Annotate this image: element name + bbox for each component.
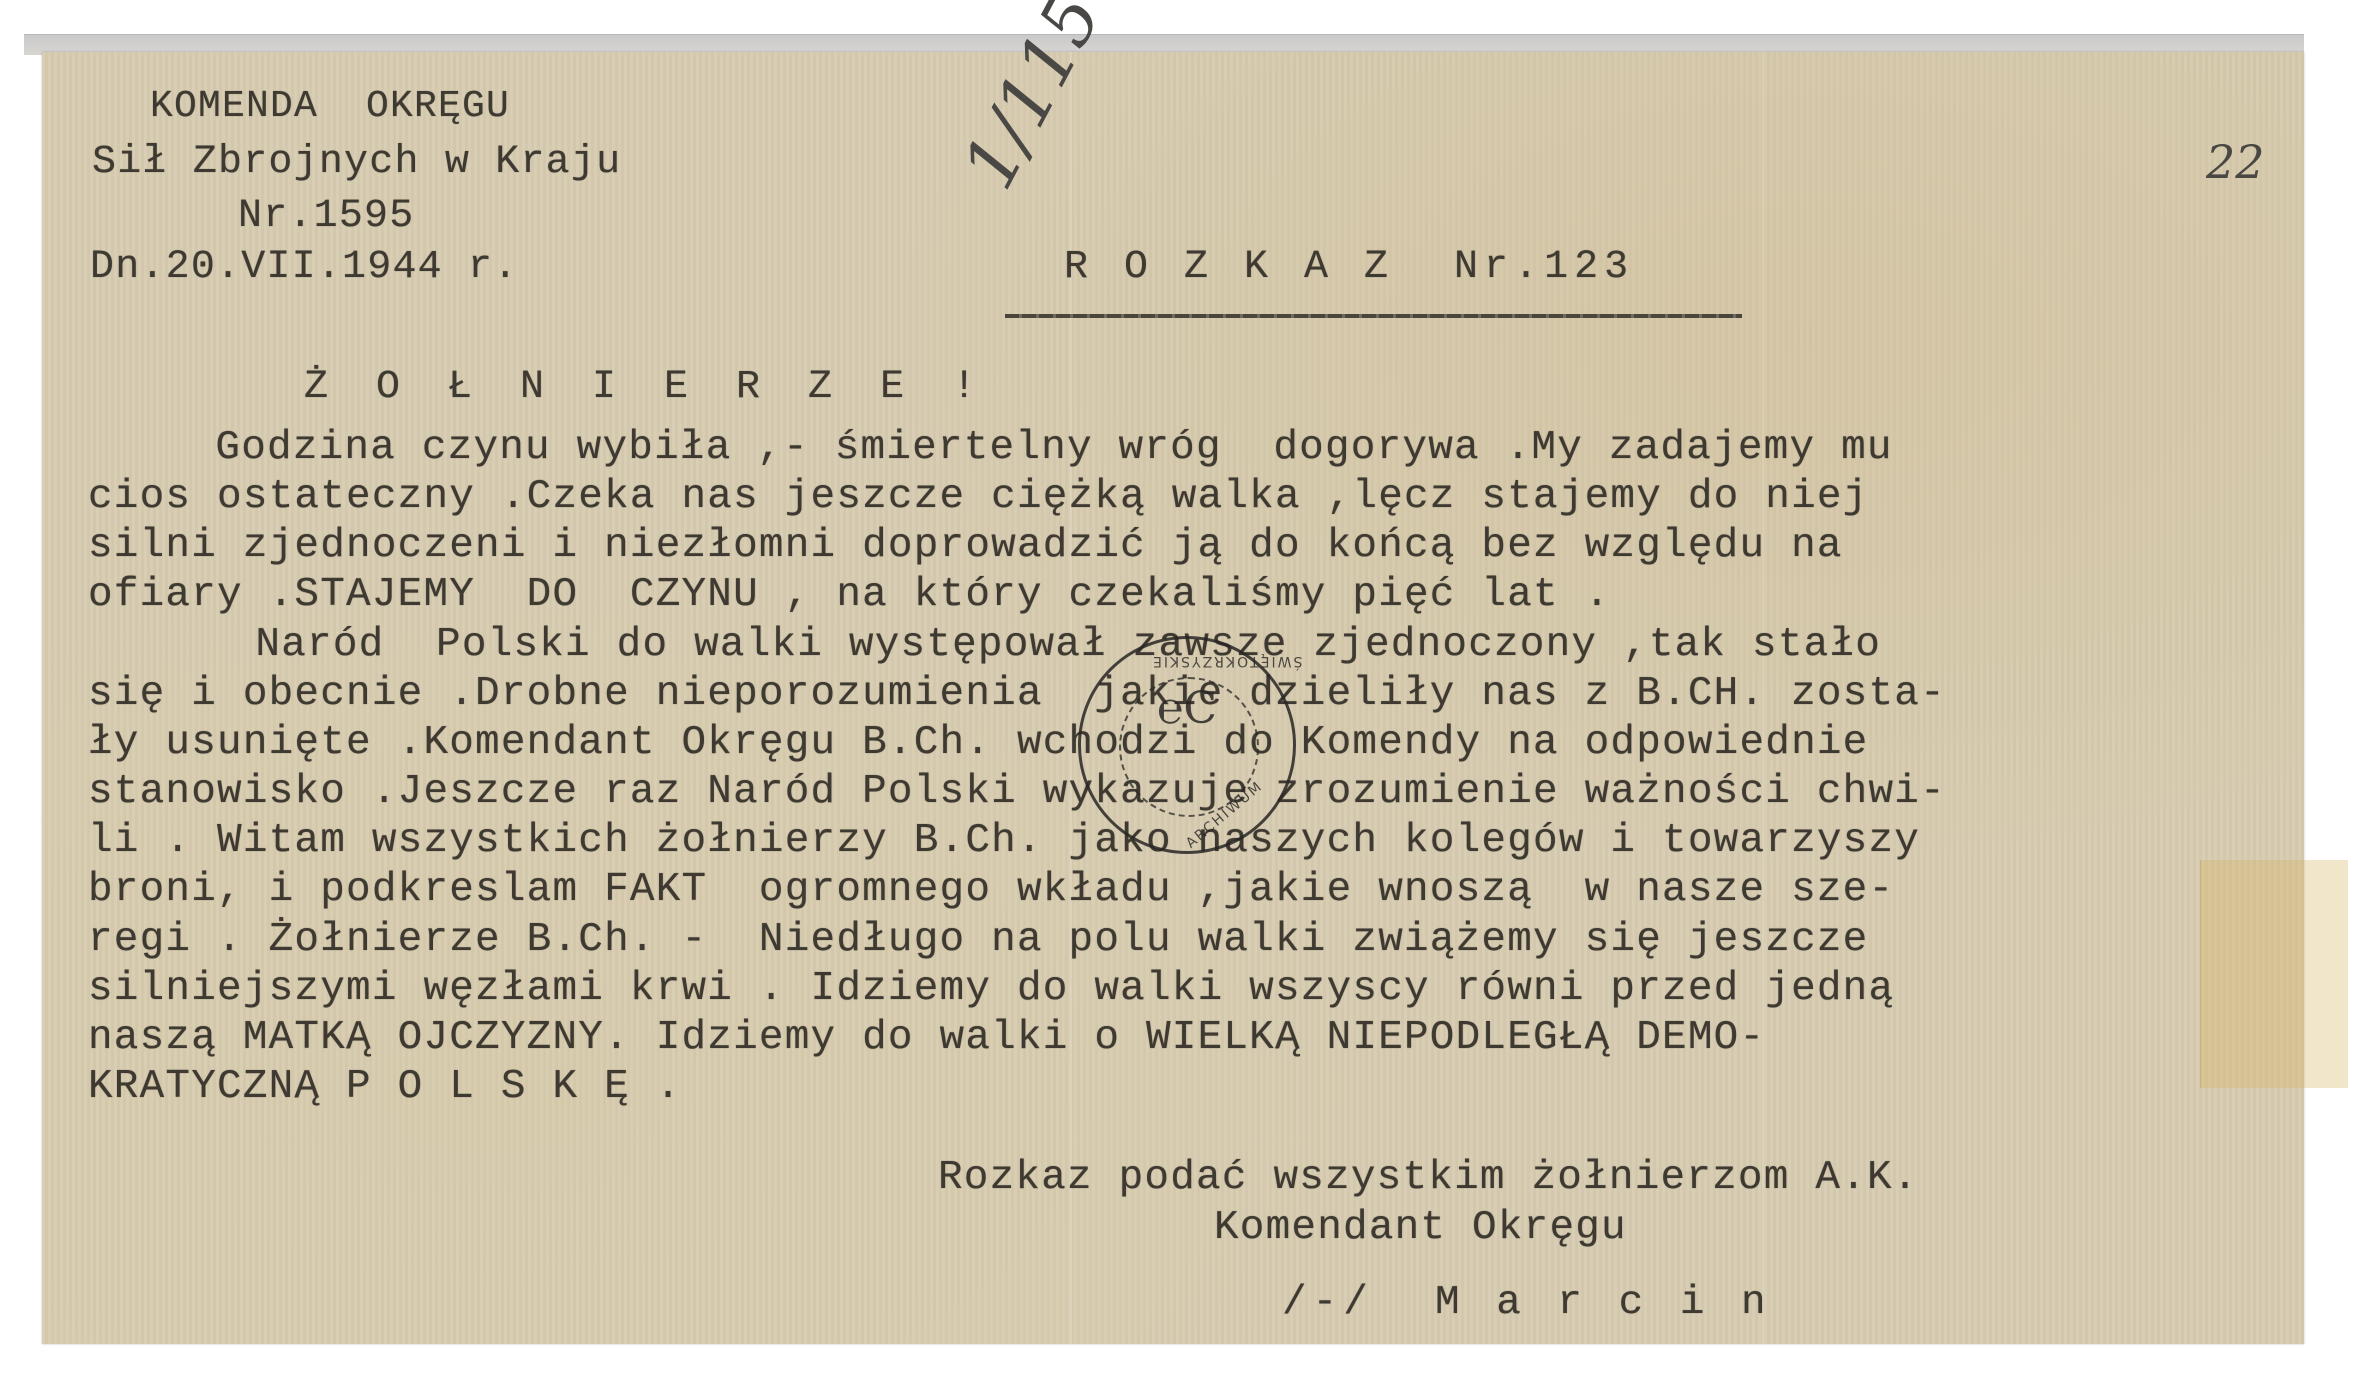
body-line: naszą MATKĄ OJCZYZNY. Idziemy do walki o… [88,1018,1765,1059]
body-line: ły usunięte .Komendant Okręgu B.Ch. wcho… [88,723,1868,764]
header-number: Nr.1595 [238,197,414,237]
signatory-title: Komendant Okręgu [1214,1208,1627,1249]
body-line: li . Witam wszystkich żołnierzy B.Ch. ja… [88,821,1920,862]
header-subunit: Sił Zbrojnych w Kraju [92,143,621,183]
salutation: Ż O Ł N I E R Z E ! [304,368,988,408]
body-line: silni zjednoczeni i niezłomni doprowadzi… [88,526,1843,567]
body-line: broni, i podkreslam FAKT ogromnego wkład… [88,870,1894,911]
body-line: regi . Żołnierze B.Ch. - Niedługo na pol… [88,920,1868,961]
header-unit: KOMENDA OKRĘGU [150,88,510,126]
handwritten-page-number: 22 [2206,135,2265,189]
archive-stamp: ŚWIĘTOKRZYSKIE ARCHIWUM ℮C [1078,636,1296,854]
document-title: R O Z K A Z Nr.123 [1064,248,1634,288]
signature: /-/ M a r c i n [1282,1283,1772,1324]
body-line: cios ostateczny .Czeka nas jeszcze ciężk… [88,477,1868,518]
header-date: Dn.20.VII.1944 r. [90,248,518,288]
body-line: stanowisko .Jeszcze raz Naród Polski wyk… [88,772,1946,813]
stamp-ring-text-top: ŚWIĘTOKRZYSKIE [1151,653,1302,669]
body-line: KRATYCZNĄ P O L S K Ę . [88,1067,682,1108]
body-line: się i obecnie .Drobne nieporozumienia ja… [88,674,1946,715]
body-line: Naród Polski do walki występował zawsze … [178,625,1881,666]
body-line: silniejszymi węzłami krwi . Idziemy do w… [88,969,1894,1010]
stamp-center-mark: ℮C [1081,683,1293,734]
title-underline [1005,314,1742,318]
body-line: Godzina czynu wybiła ,- śmiertelny wróg … [138,428,1893,469]
closing-instruction: Rozkaz podać wszystkim żołnierzom A.K. [938,1158,1919,1199]
tape-stain [2200,860,2348,1088]
body-line: ofiary .STAJEMY DO CZYNU , na który czek… [88,575,1610,616]
